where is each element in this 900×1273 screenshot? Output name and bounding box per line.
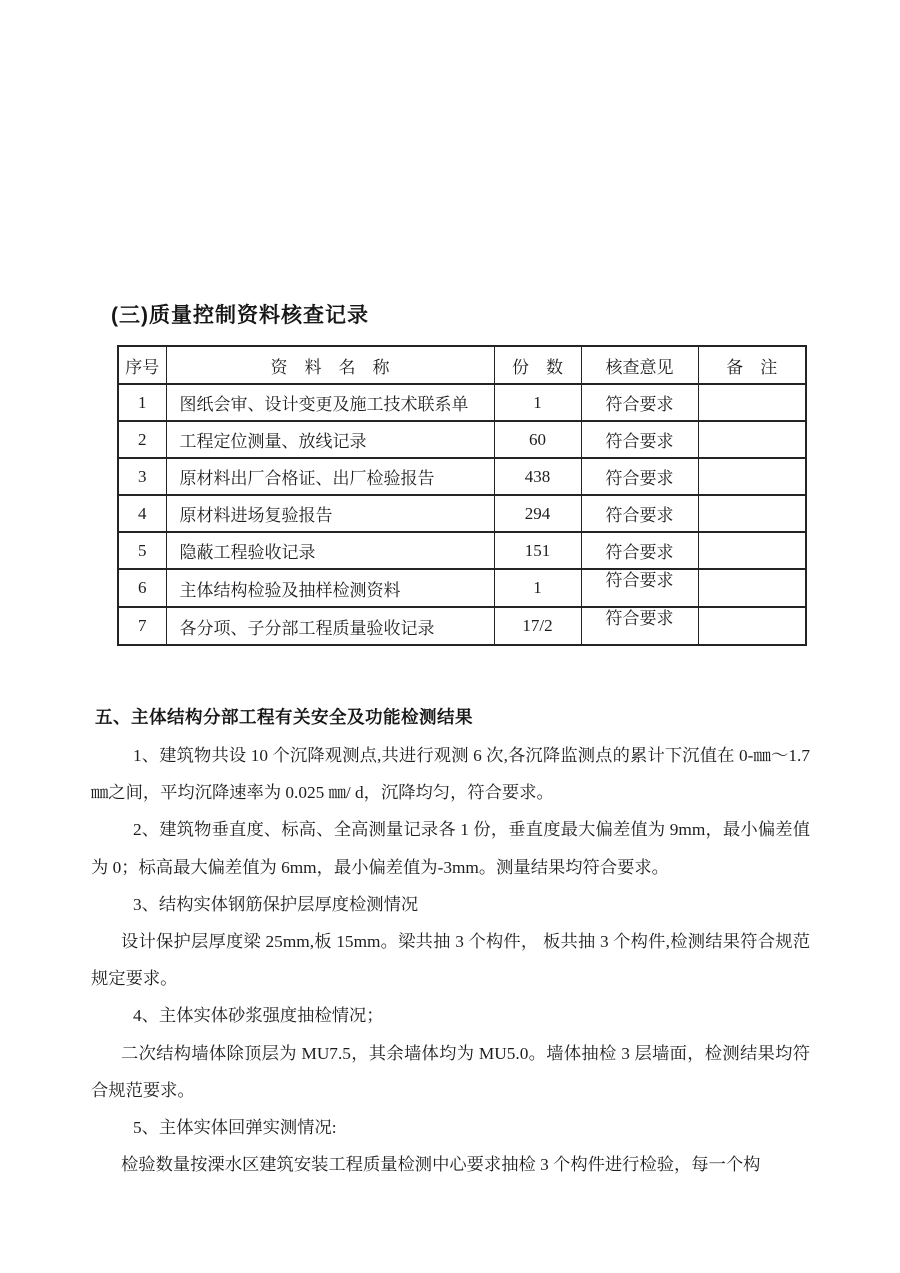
- cell-no: 1: [118, 384, 166, 421]
- cell-count: 151: [494, 532, 581, 569]
- cell-no: 4: [118, 495, 166, 532]
- cell-count: 438: [494, 458, 581, 495]
- inspection-record-table: 序号 资 料 名 称 份 数 核查意见 备 注 1 图纸会审、设计变更及施工技术…: [117, 345, 807, 646]
- section5-heading: 五、主体结构分部工程有关安全及功能检测结果: [95, 704, 473, 729]
- cell-name: 原材料出厂合格证、出厂检验报告: [166, 458, 494, 495]
- cell-opinion: 符合要求: [581, 384, 698, 421]
- cell-no: 7: [118, 607, 166, 645]
- col-header-remark: 备 注: [698, 346, 806, 384]
- cell-no: 6: [118, 569, 166, 607]
- cell-name: 图纸会审、设计变更及施工技术联系单: [166, 384, 494, 421]
- col-header-name: 资 料 名 称: [166, 346, 494, 384]
- paragraph: 5、主体实体回弹实测情况:: [91, 1109, 810, 1146]
- section5-body: 1、建筑物共设 10 个沉降观测点,共进行观测 6 次,各沉降监测点的累计下沉值…: [91, 737, 810, 1183]
- table-row: 5 隐蔽工程验收记录 151 符合要求: [118, 532, 806, 569]
- cell-count: 1: [494, 569, 581, 607]
- table-row: 4 原材料进场复验报告 294 符合要求: [118, 495, 806, 532]
- section3-title: (三)质量控制资料核查记录: [111, 299, 369, 329]
- paragraph: 3、结构实体钢筋保护层厚度检测情况: [91, 886, 810, 923]
- paragraph: 设计保护层厚度梁 25mm,板 15mm。梁共抽 3 个构件， 板共抽 3 个构…: [91, 923, 810, 997]
- cell-name: 工程定位测量、放线记录: [166, 421, 494, 458]
- cell-remark: [698, 384, 806, 421]
- cell-opinion: 符合要求: [581, 421, 698, 458]
- cell-opinion: 符合要求: [581, 532, 698, 569]
- cell-name: 主体结构检验及抽样检测资料: [166, 569, 494, 607]
- table-row: 1 图纸会审、设计变更及施工技术联系单 1 符合要求: [118, 384, 806, 421]
- cell-count: 294: [494, 495, 581, 532]
- paragraph: 二次结构墙体除顶层为 MU7.5，其余墙体均为 MU5.0。墙体抽检 3 层墙面…: [91, 1035, 810, 1109]
- cell-count: 1: [494, 384, 581, 421]
- cell-opinion: 符合要求: [581, 569, 698, 607]
- cell-name: 隐蔽工程验收记录: [166, 532, 494, 569]
- cell-count: 17/2: [494, 607, 581, 645]
- cell-no: 3: [118, 458, 166, 495]
- cell-remark: [698, 569, 806, 607]
- table-row: 7 各分项、子分部工程质量验收记录 17/2 符合要求: [118, 607, 806, 645]
- col-header-opinion: 核查意见: [581, 346, 698, 384]
- table-row: 2 工程定位测量、放线记录 60 符合要求: [118, 421, 806, 458]
- cell-remark: [698, 458, 806, 495]
- table-row: 6 主体结构检验及抽样检测资料 1 符合要求: [118, 569, 806, 607]
- paragraph: 2、建筑物垂直度、标高、全高测量记录各 1 份，垂直度最大偏差值为 9mm，最小…: [91, 811, 810, 885]
- col-header-no: 序号: [118, 346, 166, 384]
- cell-name: 原材料进场复验报告: [166, 495, 494, 532]
- paragraph: 1、建筑物共设 10 个沉降观测点,共进行观测 6 次,各沉降监测点的累计下沉值…: [91, 737, 810, 811]
- paragraph: 检验数量按溧水区建筑安装工程质量检测中心要求抽检 3 个构件进行检验，每一个构: [91, 1146, 810, 1183]
- cell-count: 60: [494, 421, 581, 458]
- cell-opinion: 符合要求: [581, 458, 698, 495]
- cell-no: 2: [118, 421, 166, 458]
- cell-remark: [698, 607, 806, 645]
- document-page: (三)质量控制资料核查记录 序号 资 料 名 称 份 数 核查意见 备 注 1 …: [0, 0, 900, 1273]
- cell-name: 各分项、子分部工程质量验收记录: [166, 607, 494, 645]
- cell-remark: [698, 532, 806, 569]
- cell-opinion: 符合要求: [581, 495, 698, 532]
- cell-remark: [698, 421, 806, 458]
- table-row: 3 原材料出厂合格证、出厂检验报告 438 符合要求: [118, 458, 806, 495]
- col-header-count: 份 数: [494, 346, 581, 384]
- cell-opinion: 符合要求: [581, 607, 698, 645]
- cell-no: 5: [118, 532, 166, 569]
- table-header-row: 序号 资 料 名 称 份 数 核查意见 备 注: [118, 346, 806, 384]
- paragraph: 4、主体实体砂浆强度抽检情况；: [91, 997, 810, 1034]
- cell-remark: [698, 495, 806, 532]
